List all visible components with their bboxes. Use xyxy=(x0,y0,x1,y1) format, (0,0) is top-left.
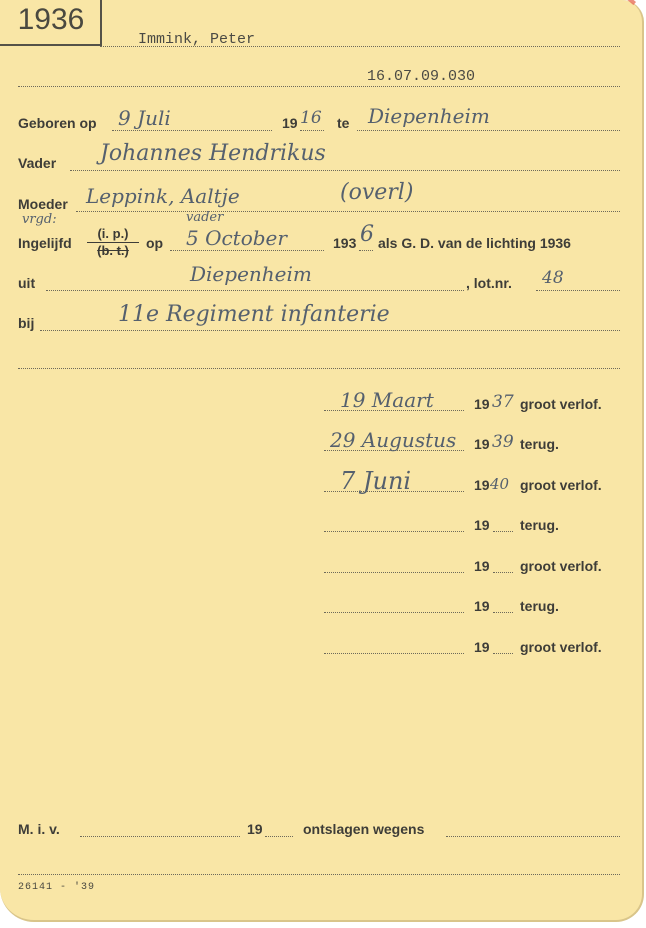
father-value: Johannes Hendrikus xyxy=(100,141,326,166)
leave-year-line xyxy=(493,531,513,532)
discharge-label: ontslagen wegens xyxy=(303,821,424,837)
born-place-value: Diepenheim xyxy=(368,104,490,128)
leave-date: 19 Maart xyxy=(340,388,434,412)
registration-number: 16.07.09.030 xyxy=(367,68,475,85)
leave-entry: 29 Augustus 19 39 terug. xyxy=(0,436,642,458)
born-year-line xyxy=(300,130,324,131)
blank-line-3 xyxy=(18,874,620,875)
leave-year-prefix: 19 xyxy=(474,477,490,493)
leave-status: groot verlof. xyxy=(520,639,602,655)
lot-value: 48 xyxy=(542,268,564,288)
leave-status: groot verlof. xyxy=(520,396,602,412)
father-line xyxy=(70,170,620,171)
enlisted-year-prefix: 193 xyxy=(333,235,356,251)
miv-year-line xyxy=(265,836,293,837)
red-pencil-mark xyxy=(603,0,636,5)
leave-date-line xyxy=(324,572,464,573)
born-date-line xyxy=(112,130,272,131)
leave-year-prefix: 19 xyxy=(474,396,490,412)
mother-value: Leppink, Aaltje xyxy=(86,184,240,208)
enlisted-date-line xyxy=(170,250,324,251)
enlisted-year-line xyxy=(359,250,373,251)
born-year-prefix: 19 xyxy=(282,115,298,131)
unit-label: bij xyxy=(18,315,34,331)
enlisted-fraction: (i. p.) (b. t.) xyxy=(87,226,139,259)
leave-entry: 19 groot verlof. xyxy=(0,558,642,580)
leave-date-line xyxy=(324,612,464,613)
enlisted-annotation-vader: vader xyxy=(186,210,223,225)
leave-year-suffix: 39 xyxy=(492,432,514,452)
leave-status: groot verlof. xyxy=(520,558,602,574)
enlisted-suffix: als G. D. van de lichting 1936 xyxy=(378,235,571,251)
born-place-label: te xyxy=(337,115,349,131)
mother-line xyxy=(76,211,620,212)
leave-date-line xyxy=(324,531,464,532)
enlisted-annotation-vrgd: vrgd: xyxy=(22,212,57,227)
miv-year-prefix: 19 xyxy=(247,821,263,837)
fraction-top: (i. p.) xyxy=(87,226,139,243)
blank-line-1 xyxy=(18,86,620,87)
leave-year-prefix: 19 xyxy=(474,558,490,574)
registration-card: 1936 Immink, Peter 16.07.09.030 Geboren … xyxy=(0,0,644,922)
father-label: Vader xyxy=(18,155,56,171)
leave-year-line xyxy=(493,612,513,613)
from-label: uit xyxy=(18,275,35,291)
leave-entry: 19 terug. xyxy=(0,517,642,539)
enlisted-op-label: op xyxy=(146,235,163,251)
leave-year-prefix: 19 xyxy=(474,436,490,452)
leave-date: 7 Juni xyxy=(340,467,411,495)
unit-line xyxy=(40,330,620,331)
leave-entry: 19 groot verlof. xyxy=(0,639,642,661)
lichting-text: van de lichting 1936 xyxy=(438,235,571,251)
leave-year-line xyxy=(493,572,513,573)
lot-label: , lot.nr. xyxy=(466,275,512,291)
leave-year-line xyxy=(493,653,513,654)
leave-year-prefix: 19 xyxy=(474,517,490,533)
born-year-suffix: 16 xyxy=(300,108,322,128)
gd-text: G. D. xyxy=(401,235,434,251)
mother-label: Moeder xyxy=(18,196,68,212)
lot-line xyxy=(536,290,620,291)
leave-status: groot verlof. xyxy=(520,477,602,493)
leave-year-prefix: 19 xyxy=(474,639,490,655)
born-place-line xyxy=(357,130,620,131)
leave-year-suffix: 37 xyxy=(492,392,514,412)
leave-status: terug. xyxy=(520,436,559,452)
leave-entry: 19 terug. xyxy=(0,598,642,620)
miv-label: M. i. v. xyxy=(18,821,60,837)
unit-value: 11e Regiment infanterie xyxy=(118,302,390,327)
leave-year-prefix: 19 xyxy=(474,598,490,614)
leave-entry: 19 Maart 19 37 groot verlof. xyxy=(0,396,642,418)
from-value: Diepenheim xyxy=(190,262,312,286)
leave-entry: 7 Juni 19 40 groot verlof. xyxy=(0,477,642,499)
leave-year-suffix: 40 xyxy=(490,475,509,493)
enlisted-date-value: 5 October xyxy=(186,226,287,250)
leave-date: 29 Augustus xyxy=(330,428,456,452)
miv-line xyxy=(80,836,240,837)
from-line xyxy=(46,290,464,291)
blank-line-2 xyxy=(18,368,620,369)
form-code: 26141 - '39 xyxy=(18,882,95,893)
mother-note: (overl) xyxy=(340,180,413,205)
year-box: 1936 xyxy=(0,0,102,46)
enlisted-label: Ingelijfd xyxy=(18,235,72,251)
born-date-value: 9 Juli xyxy=(118,106,171,130)
fraction-bottom-struck: (b. t.) xyxy=(87,243,139,259)
leave-status: terug. xyxy=(520,517,559,533)
name-line xyxy=(100,46,620,47)
discharge-line xyxy=(446,836,620,837)
leave-status: terug. xyxy=(520,598,559,614)
enlisted-year-suffix: 6 xyxy=(360,222,374,247)
als-text: als xyxy=(378,235,397,251)
born-label: Geboren op xyxy=(18,115,97,131)
leave-date-line xyxy=(324,653,464,654)
